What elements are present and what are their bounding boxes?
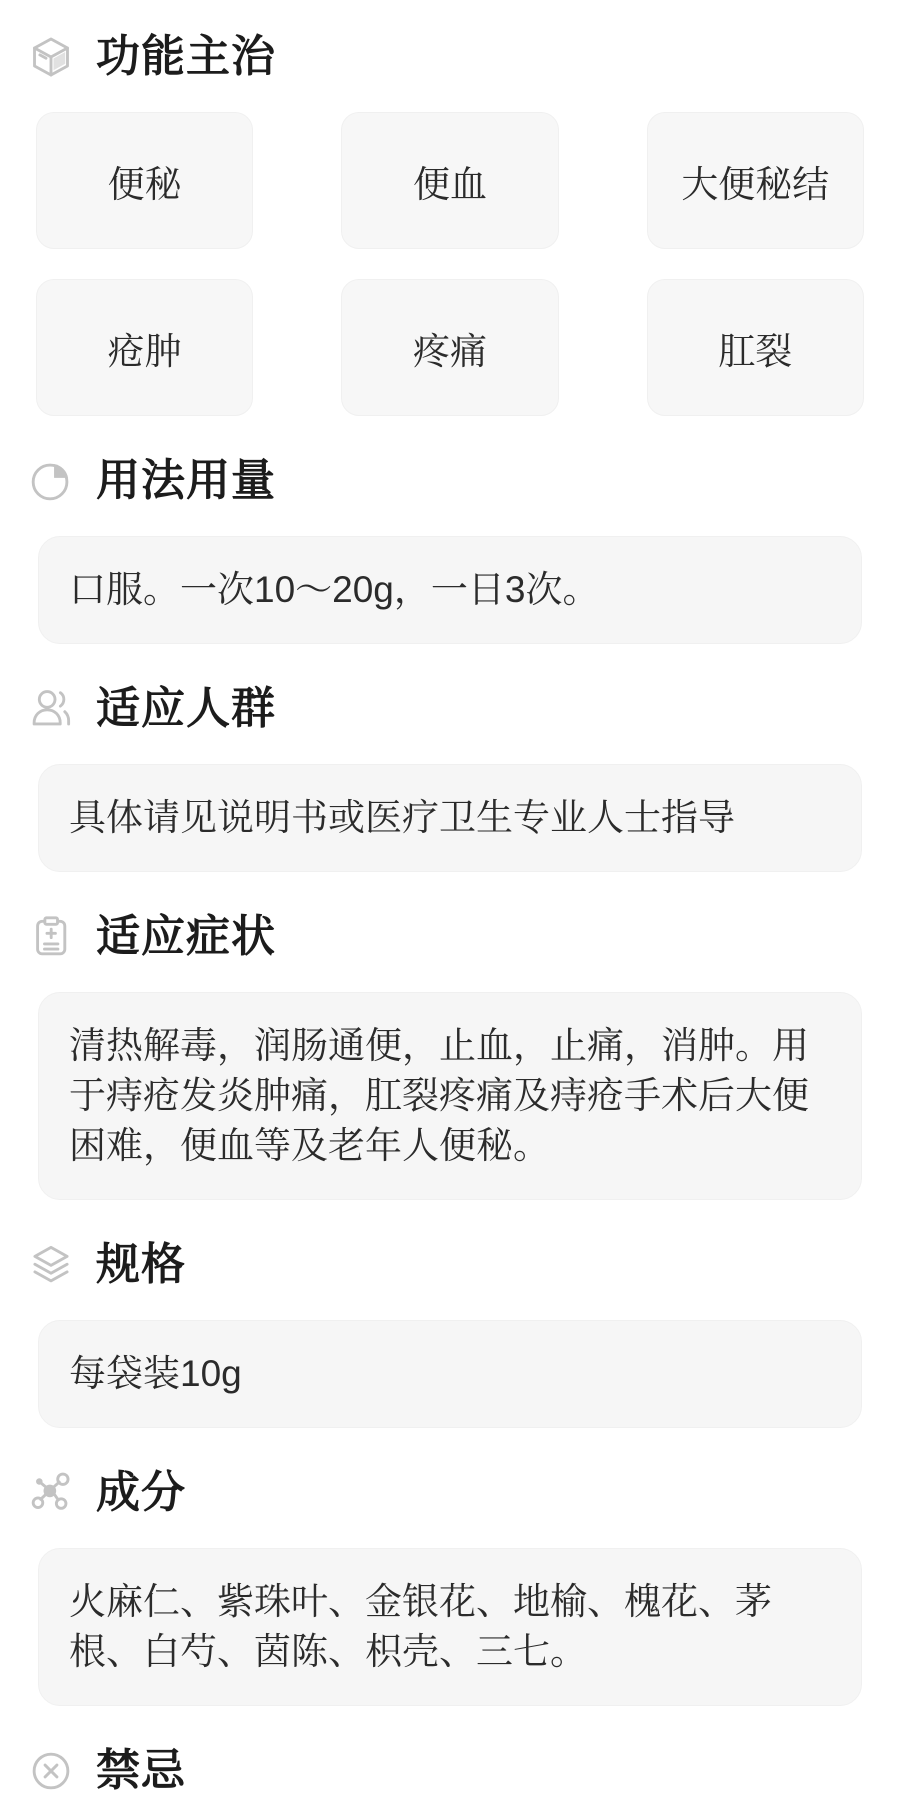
cube-icon (28, 34, 74, 80)
section-header-dosage: 用法用量 (28, 454, 872, 508)
section-header-indications: 功能主治 (28, 30, 872, 84)
specification-text: 每袋装10g (69, 1353, 242, 1394)
section-title: 适应症状 (96, 910, 276, 964)
indication-tag[interactable]: 便秘 (36, 112, 253, 249)
section-header-specification: 规格 (28, 1238, 872, 1292)
drug-detail-page: 功能主治 便秘 便血 大便秘结 疮肿 疼痛 肛裂 用法用量 口服。一次10～20… (0, 0, 900, 1798)
indication-tag[interactable]: 便血 (341, 112, 558, 249)
section-title: 成分 (96, 1466, 186, 1520)
symptoms-text: 清热解毒，润肠通便，止血，止痛，消肿。用于痔疮发炎肿痛，肛裂疼痛及痔疮手术后大便… (69, 1025, 809, 1166)
indication-tag[interactable]: 肛裂 (647, 279, 864, 416)
section-header-contraindications: 禁忌 (28, 1744, 872, 1798)
circle-x-icon (28, 1748, 74, 1794)
section-title: 禁忌 (96, 1744, 186, 1798)
clipboard-icon (28, 914, 74, 960)
molecule-icon (28, 1470, 74, 1516)
symptoms-text-box: 清热解毒，润肠通便，止血，止痛，消肿。用于痔疮发炎肿痛，肛裂疼痛及痔疮手术后大便… (38, 992, 862, 1200)
indication-tag[interactable]: 疮肿 (36, 279, 253, 416)
layers-icon (28, 1242, 74, 1288)
specification-text-box: 每袋装10g (38, 1320, 862, 1428)
section-header-symptoms: 适应症状 (28, 910, 872, 964)
section-title: 适应人群 (96, 682, 276, 736)
section-title: 用法用量 (96, 454, 276, 508)
section-header-ingredients: 成分 (28, 1466, 872, 1520)
section-header-suitable-people: 适应人群 (28, 682, 872, 736)
section-title: 规格 (96, 1238, 186, 1292)
users-icon (28, 686, 74, 732)
suitable-people-text-box: 具体请见说明书或医疗卫生专业人士指导 (38, 764, 862, 872)
suitable-people-text: 具体请见说明书或医疗卫生专业人士指导 (69, 797, 735, 838)
indication-tag[interactable]: 大便秘结 (647, 112, 864, 249)
indication-tag[interactable]: 疼痛 (341, 279, 558, 416)
dosage-text: 口服。一次10～20g，一日3次。 (69, 569, 599, 610)
ingredients-text-box: 火麻仁、紫珠叶、金银花、地榆、槐花、茅根、白芍、茵陈、枳壳、三七。 (38, 1548, 862, 1706)
pie-chart-icon (28, 458, 74, 504)
dosage-text-box: 口服。一次10～20g，一日3次。 (38, 536, 862, 644)
indication-tags: 便秘 便血 大便秘结 疮肿 疼痛 肛裂 (36, 112, 864, 416)
ingredients-text: 火麻仁、紫珠叶、金银花、地榆、槐花、茅根、白芍、茵陈、枳壳、三七。 (69, 1577, 804, 1677)
section-title: 功能主治 (96, 30, 276, 84)
